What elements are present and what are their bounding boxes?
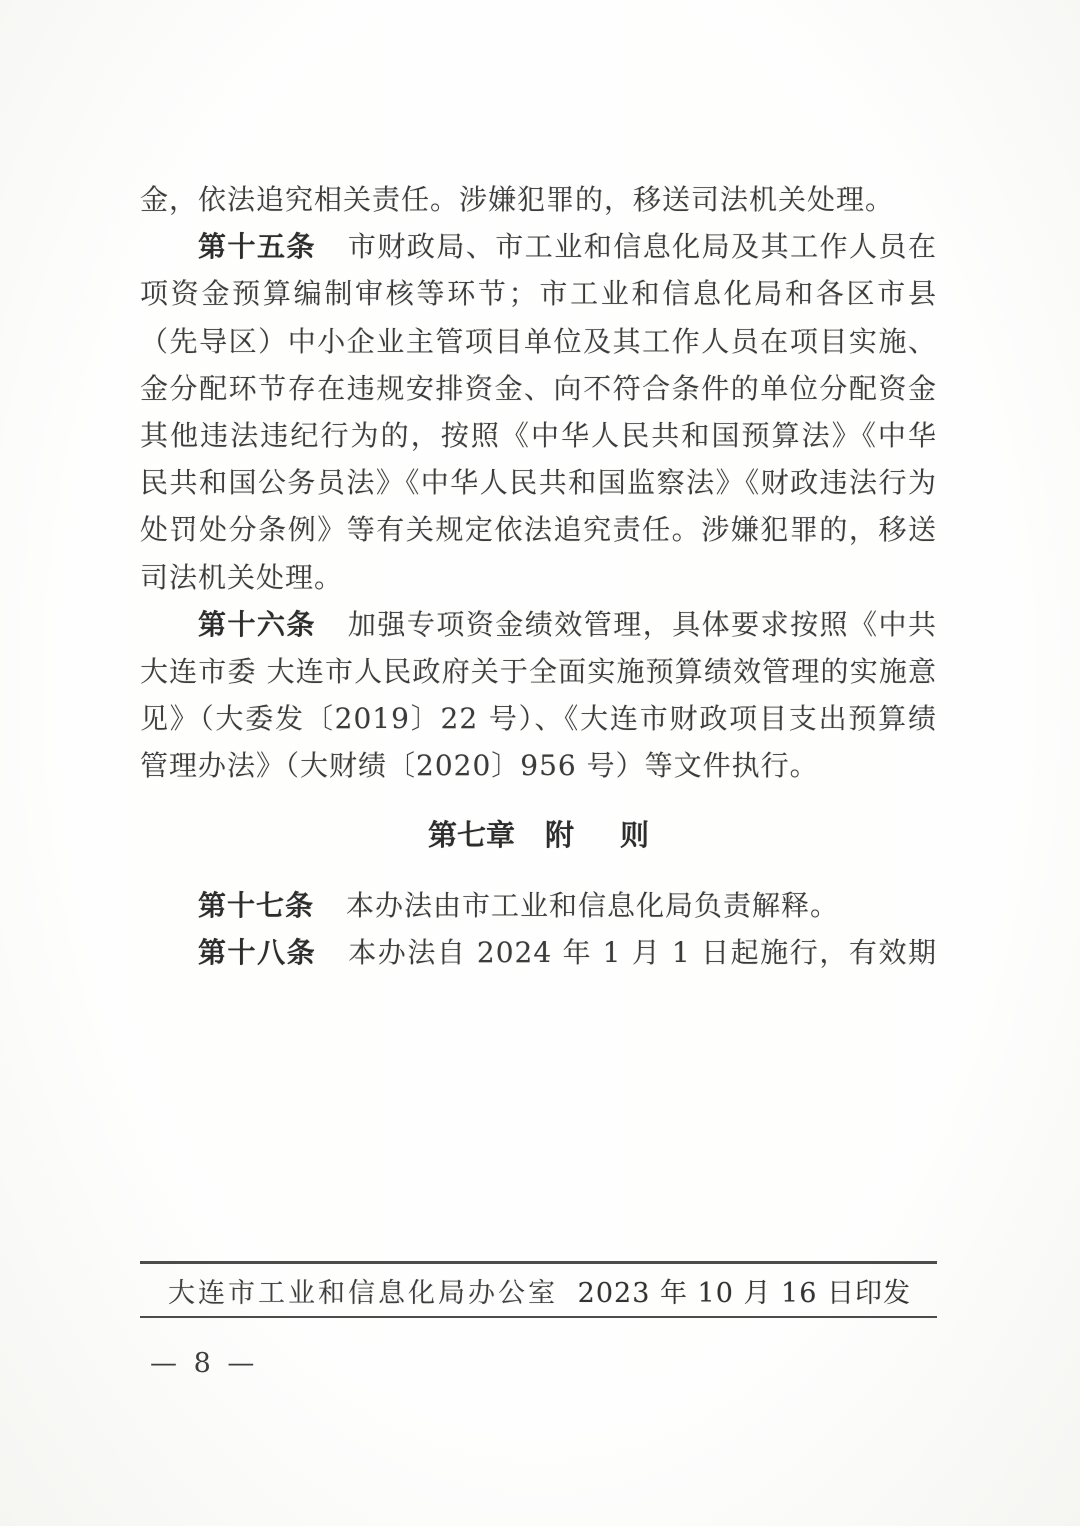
- article-text: 加强专项资金绩效管理，具体要求按照《中共: [348, 608, 937, 641]
- closing-text-block: 第十七条本办法由市工业和信息化局负责解释。 第十八条本办法自 2024 年 1 …: [140, 882, 937, 976]
- text-line-article-15: 第十五条市财政局、市工业和信息化局及其工作人员在专: [140, 223, 937, 270]
- article-number: 第十八条: [198, 936, 316, 969]
- text-line: 见》（大委发〔2019〕22 号）、《大连市财政项目支出预算绩效: [140, 695, 937, 742]
- text-line: 其他违法违纪行为的，按照《中华人民共和国预算法》《中华人: [140, 412, 937, 459]
- document-page: 金，依法追究相关责任。涉嫌犯罪的，移送司法机关处理。 第十五条市财政局、市工业和…: [0, 0, 1080, 1526]
- article-number: 第十六条: [198, 608, 316, 641]
- text-line: 处罚处分条例》等有关规定依法追究责任。涉嫌犯罪的，移送: [140, 506, 937, 553]
- text-line: 司法机关处理。: [140, 554, 937, 601]
- article-number: 第十七条: [198, 889, 314, 922]
- chapter-title-char: 附: [545, 818, 574, 852]
- page-number: — 8 —: [150, 1348, 258, 1379]
- issuing-office: 大连市工业和信息化局办公室: [168, 1271, 558, 1310]
- text-line: （先导区）中小企业主管项目单位及其工作人员在项目实施、资: [140, 318, 937, 365]
- chapter-heading: 第七章附则: [140, 811, 937, 859]
- text-line-article-17: 第十七条本办法由市工业和信息化局负责解释。: [140, 882, 937, 929]
- text-line: 项资金预算编制审核等环节；市工业和信息化局和各区市县: [140, 270, 937, 317]
- text-line: 金分配环节存在违规安排资金、向不符合条件的单位分配资金及: [140, 365, 937, 412]
- print-info-footer: 大连市工业和信息化局办公室 2023 年 10 月 16 日印发: [140, 1261, 937, 1318]
- text-line: 金，依法追究相关责任。涉嫌犯罪的，移送司法机关处理。: [140, 176, 937, 223]
- print-date: 2023 年 10 月 16 日印发: [578, 1271, 911, 1310]
- body-text-block: 金，依法追究相关责任。涉嫌犯罪的，移送司法机关处理。 第十五条市财政局、市工业和…: [140, 176, 937, 789]
- chapter-number: 第七章: [428, 818, 515, 852]
- article-number: 第十五条: [198, 230, 316, 263]
- article-text: 本办法由市工业和信息化局负责解释。: [346, 889, 839, 922]
- text-line: 大连市委 大连市人民政府关于全面实施预算绩效管理的实施意: [140, 648, 937, 695]
- text-line-article-16: 第十六条加强专项资金绩效管理，具体要求按照《中共: [140, 601, 937, 648]
- text-line: 管理办法》（大财绩〔2020〕956 号）等文件执行。: [140, 742, 937, 789]
- chapter-title-char: 则: [620, 818, 649, 852]
- text-line-article-18: 第十八条本办法自 2024 年 1 月 1 日起施行，有效期 5 年。: [140, 929, 937, 976]
- text-line: 民共和国公务员法》《中华人民共和国监察法》《财政违法行为: [140, 459, 937, 506]
